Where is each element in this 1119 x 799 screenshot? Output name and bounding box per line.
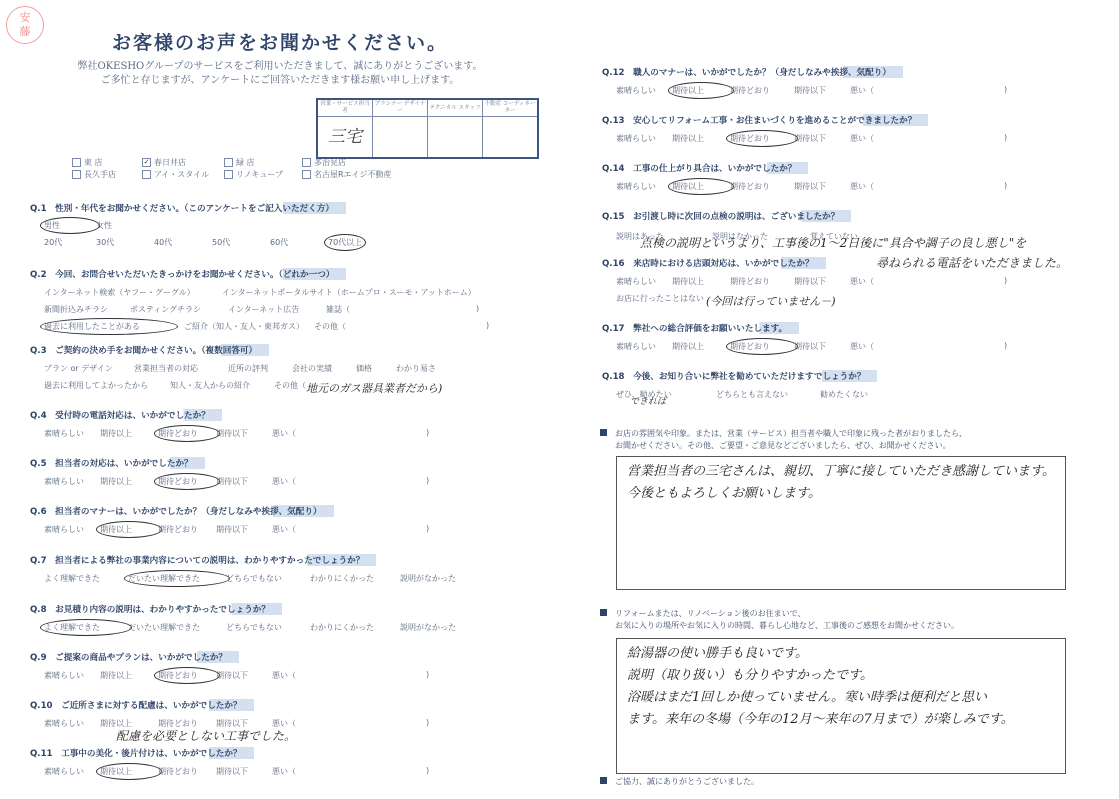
- staff-header-sales: 営業・サービス担当者: [317, 99, 373, 117]
- question-2: Q.2 今回、お問合せいただいたきっかけをお聞かせください。（どれか一つ） イン…: [30, 262, 489, 332]
- option[interactable]: 期待以上: [672, 133, 730, 144]
- checkbox[interactable]: [224, 158, 233, 167]
- question-title: Q.17 弊社への総合評価をお願いいたします。: [602, 322, 799, 334]
- prompt-line: お聞かせください。その他、ご要望・ご意見などございましたら、ぜひ、お聞かせくださ…: [600, 440, 967, 452]
- option[interactable]: 素晴らしい: [616, 181, 672, 192]
- paren: ): [426, 718, 429, 729]
- understand-options: よく理解できた だいたい理解できた どちらでもない わかりにくかった 説明がなか…: [44, 573, 456, 584]
- store-label: 長久手店: [84, 169, 116, 180]
- option[interactable]: 悪い（: [850, 341, 1004, 352]
- option-selected[interactable]: 期待どおり: [158, 428, 216, 439]
- question-title: Q.5 担当者の対応は、いかがでしたか？: [30, 457, 205, 469]
- option[interactable]: 期待以下: [216, 524, 272, 535]
- option[interactable]: 素晴らしい: [44, 476, 100, 487]
- store-label: リノキューブ: [236, 169, 283, 180]
- question-title: Q.3 ご契約の決め手をお聞かせください。（複数回答可）: [30, 344, 269, 356]
- option[interactable]: どちらとも言えない: [716, 389, 820, 400]
- question-title: Q.6 担当者のマナーは、いかがでしたか？（身だしなみや挨拶、気配り）: [30, 505, 334, 517]
- staff-header-technical: テクニカル スタッフ: [428, 99, 483, 117]
- paren: ): [476, 304, 479, 315]
- checkbox[interactable]: [72, 170, 81, 179]
- staff-header-realestate: 不動産 コーディネーター: [483, 99, 539, 117]
- intro-text: 弊社OKESHOグループのサービスをご利用いただきまして、誠にありがとうございま…: [40, 60, 520, 88]
- option[interactable]: 悪い（: [850, 85, 1004, 96]
- option[interactable]: ご紹介（知人・友人・東邦ガス）: [184, 321, 314, 332]
- store-label: 春日井店: [154, 157, 186, 168]
- staff-header-planner: プランナー デザイナー: [373, 99, 428, 117]
- question-title: Q.8 お見積り内容の説明は、わかりやすかったでしょうか？: [30, 603, 282, 615]
- option-selected[interactable]: 期待以上: [672, 181, 730, 192]
- store-label: アイ・スタイル: [154, 169, 209, 180]
- staff-table: 営業・サービス担当者 プランナー デザイナー テクニカル スタッフ 不動産 コー…: [316, 98, 539, 159]
- comments-1-prompt: お店の雰囲気や印象。または、営業（サービス）担当者や職人で印象に残った者がおりま…: [600, 428, 967, 452]
- option[interactable]: 期待以下: [794, 133, 850, 144]
- question-7: Q.7 担当者による弊社の事業内容についての説明は、わかりやすかったでしょうか？…: [30, 548, 456, 584]
- comment-line: 浴暖はまだ1回しか使っていません。寒い時季は便利だと思い: [627, 687, 1055, 709]
- hanko-stamp: 安 藤: [6, 6, 44, 44]
- option[interactable]: 悪い（: [272, 428, 426, 439]
- question-title: Q.13 安心してリフォーム工事・お住まいづくりを進めることができましたか？: [602, 114, 928, 126]
- option[interactable]: 悪い（: [850, 181, 1004, 192]
- option[interactable]: わかり易さ: [396, 363, 436, 374]
- question-title: Q.15 お引渡し時に次回の点検の説明は、ございましたか？: [602, 210, 851, 222]
- prompt-line: リフォームまたは、リノベーション後のお住まいで、: [615, 609, 805, 618]
- option[interactable]: ポスティングチラシ: [130, 304, 228, 315]
- option[interactable]: 素晴らしい: [616, 276, 672, 287]
- handwritten-answer: 地元のガス器具業者だから): [306, 380, 442, 396]
- option[interactable]: 素晴らしい: [616, 85, 672, 96]
- thanks-text: ご協力、誠にありがとうございました。: [615, 777, 759, 786]
- option[interactable]: 知人・友人からの紹介: [170, 380, 274, 396]
- option-selected[interactable]: 期待どおり: [730, 341, 794, 352]
- option-selected[interactable]: 期待以上: [100, 524, 158, 535]
- rating-options: 素晴らしい 期待以上 期待どおり 期待以下 悪い（ ): [44, 670, 429, 681]
- question-title: Q.7 担当者による弊社の事業内容についての説明は、わかりやすかったでしょうか？: [30, 554, 376, 566]
- option[interactable]: 期待以上: [672, 276, 730, 287]
- understand-options: よく理解できた だいたい理解できた どちらでもない わかりにくかった 説明がなか…: [44, 622, 456, 633]
- staff-value-sales[interactable]: 三宅: [317, 117, 373, 159]
- option[interactable]: 期待以下: [794, 181, 850, 192]
- option-age[interactable]: 20代: [44, 237, 96, 248]
- store-checklist: 東 店 ✓春日井店 緑 店 多治見店 長久手店 アイ・スタイル リノキューブ 名…: [72, 156, 422, 180]
- question-13: Q.13 安心してリフォーム工事・お住まいづくりを進めることができましたか？ 素…: [602, 108, 1007, 144]
- option[interactable]: 期待以上: [100, 670, 158, 681]
- store-label: 名古屋Rエイジ不動産: [314, 169, 392, 180]
- gender-options: 男性 女性: [44, 220, 362, 231]
- option[interactable]: 期待どおり: [158, 524, 216, 535]
- option[interactable]: 期待以下: [216, 670, 272, 681]
- comments-1-box[interactable]: 営業担当者の三宅さんは、親切、丁寧に接していただき感謝しています。 今後ともよろ…: [616, 456, 1066, 590]
- option[interactable]: 期待以上: [672, 341, 730, 352]
- option[interactable]: よく理解できた: [44, 573, 128, 584]
- rating-options: 素晴らしい 期待以上 期待どおり 期待以下 悪い（ ): [44, 766, 429, 777]
- option-age[interactable]: 60代: [270, 237, 328, 248]
- store-label: 緑 店: [236, 157, 255, 168]
- option[interactable]: 期待以上: [100, 476, 158, 487]
- option[interactable]: 悪い（: [850, 276, 1004, 287]
- option[interactable]: どちらでもない: [226, 573, 310, 584]
- prompt-line: お店の雰囲気や印象。または、営業（サービス）担当者や職人で印象に残った者がおりま…: [615, 429, 967, 438]
- comment-line: 給湯器の使い勝手も良いです。: [627, 643, 1055, 665]
- question-12: Q.12 職人のマナーは、いかがでしたか？（身だしなみや挨拶、気配り） 素晴らし…: [602, 60, 1007, 96]
- option[interactable]: 期待以下: [794, 276, 850, 287]
- q3-row2: 過去に利用してよかったから 知人・友人からの紹介 その他（ 地元のガス器具業者だ…: [44, 380, 442, 396]
- paren: ): [426, 670, 429, 681]
- rating-options: 素晴らしい 期待以上 期待どおり 期待以下 悪い（ ): [44, 476, 429, 487]
- staff-table-values: 三宅: [317, 117, 538, 159]
- question-14: Q.14 工事の仕上がり具合は、いかがでしたか？ 素晴らしい 期待以上 期待どお…: [602, 156, 1007, 192]
- question-title: Q.10 ご近所さまに対する配慮は、いかがでしたか？: [30, 699, 254, 711]
- store-istyle[interactable]: アイ・スタイル: [142, 168, 224, 180]
- question-title: Q.11 工事中の美化・後片付けは、いかがでしたか？: [30, 747, 254, 759]
- square-bullet-icon: [600, 429, 607, 436]
- option[interactable]: 素晴らしい: [44, 766, 100, 777]
- option-sales-selected[interactable]: 営業担当者の対応: [134, 363, 228, 374]
- option[interactable]: 過去に利用してよかったから: [44, 380, 170, 396]
- option-other[interactable]: その他（: [314, 321, 486, 332]
- option[interactable]: 素晴らしい: [616, 341, 672, 352]
- handwritten-answer: (今回は行っていません－): [706, 293, 836, 309]
- question-title: Q.12 職人のマナーは、いかがでしたか？（身だしなみや挨拶、気配り）: [602, 66, 903, 78]
- q3-row1: プラン or デザイン 営業担当者の対応 近所の評判 会社の実績 価格 わかり易…: [44, 363, 442, 374]
- checkbox[interactable]: [224, 170, 233, 179]
- staff-value-planner[interactable]: [373, 117, 428, 159]
- paren: ): [426, 766, 429, 777]
- question-10: Q.10 ご近所さまに対する配慮は、いかがでしたか？ 素晴らしい 期待以上 期待…: [30, 693, 429, 729]
- footer-thanks: ご協力、誠にありがとうございました。: [600, 776, 759, 788]
- rating-options: 素晴らしい 期待以上 期待どおり 期待以下 悪い（ ): [616, 181, 1007, 192]
- option-age-selected[interactable]: 70代以上: [328, 237, 362, 248]
- square-bullet-icon: [600, 609, 607, 616]
- paren: ): [426, 476, 429, 487]
- q16-extra: お店に行ったことはない (今回は行っていません－): [616, 293, 1007, 309]
- option[interactable]: 会社の実績: [292, 363, 356, 374]
- option-selected[interactable]: 期待以上: [100, 766, 158, 777]
- option-selected[interactable]: 期待どおり: [730, 133, 794, 144]
- option[interactable]: 素晴らしい: [44, 428, 100, 439]
- stamp-char: 安: [7, 11, 43, 25]
- option-other-selected[interactable]: その他（: [274, 380, 306, 396]
- handwritten-q18: できれば: [630, 394, 666, 407]
- question-title: Q.14 工事の仕上がり具合は、いかがでしたか？: [602, 162, 808, 174]
- checkbox[interactable]: ✓: [142, 158, 151, 167]
- handwritten-q15-line1: 点検の説明というより、工事後の1〜2日後に"具合や調子の良し悪し"を: [640, 234, 1026, 251]
- paren: ): [426, 428, 429, 439]
- option[interactable]: 期待以上: [100, 428, 158, 439]
- option[interactable]: 期待以下: [794, 85, 850, 96]
- store-tajimi[interactable]: 多治見店: [302, 156, 380, 168]
- option-magazine[interactable]: 雑誌（: [326, 304, 476, 315]
- option[interactable]: 説明がなかった: [400, 622, 456, 633]
- staff-table-header: 営業・サービス担当者 プランナー デザイナー テクニカル スタッフ 不動産 コー…: [317, 99, 538, 117]
- store-kasugai[interactable]: ✓春日井店: [142, 156, 224, 168]
- stamp-char: 藤: [7, 25, 43, 39]
- paren: ): [426, 524, 429, 535]
- comment-line: 説明（取り扱い）も分りやすかったです。: [627, 665, 1055, 687]
- option[interactable]: インターネット検索（ヤフー・グーグル）: [44, 287, 222, 298]
- rating-options: 素晴らしい 期待以上 期待どおり 期待以下 悪い（ ): [616, 341, 1007, 352]
- store-renocube[interactable]: リノキューブ: [224, 168, 302, 180]
- option-selected[interactable]: よく理解できた: [44, 622, 128, 633]
- option-selected[interactable]: だいたい理解できた: [128, 573, 226, 584]
- option[interactable]: どちらでもない: [226, 622, 310, 633]
- paren: ): [1004, 276, 1007, 287]
- option[interactable]: 説明がなかった: [400, 573, 456, 584]
- option-selected[interactable]: 期待以上: [672, 85, 730, 96]
- intro-line-2: ご多忙と存じますが、アンケートにご回答いただきます様お願い申し上げます。: [40, 74, 520, 88]
- option[interactable]: 素晴らしい: [44, 718, 100, 729]
- paren: ): [1004, 133, 1007, 144]
- option[interactable]: 新聞折込みチラシ: [44, 304, 130, 315]
- q2-row1: インターネット検索（ヤフー・グーグル） インターネットポータルサイト（ホームプロ…: [44, 287, 489, 298]
- option[interactable]: 素晴らしい: [44, 670, 100, 681]
- option-age[interactable]: 40代: [154, 237, 212, 248]
- paren: ): [486, 321, 489, 332]
- option[interactable]: だいたい理解できた: [128, 622, 226, 633]
- store-label: 東 店: [84, 157, 103, 168]
- option-past-use-selected[interactable]: 過去に利用したことがある: [44, 321, 174, 332]
- question-title: Q.9 ご提案の商品やプランは、いかがでしたか？: [30, 651, 239, 663]
- option[interactable]: 期待以下: [216, 428, 272, 439]
- option[interactable]: インターネットポータルサイト（ホームプロ・スーモ・アットホーム）: [222, 287, 476, 298]
- option[interactable]: 期待以下: [216, 476, 272, 487]
- prompt-line: お気に入りの場所やお気に入りの時間、暮らし心地など、工事後のご感想をお聞かせくだ…: [600, 620, 959, 632]
- option[interactable]: 期待以下: [794, 341, 850, 352]
- staff-value-technical[interactable]: [428, 117, 483, 159]
- checkbox[interactable]: [142, 170, 151, 179]
- question-title: Q.1 性別・年代をお聞かせください。（このアンケートをご記入いただく方）: [30, 202, 346, 214]
- staff-value-realestate[interactable]: [483, 117, 539, 159]
- option[interactable]: 期待どおり: [730, 181, 794, 192]
- option[interactable]: 勧めたくない: [820, 389, 868, 400]
- store-midori[interactable]: 緑 店: [224, 156, 302, 168]
- comments-2-box[interactable]: 給湯器の使い勝手も良いです。 説明（取り扱い）も分りやすかったです。 浴暖はまだ…: [616, 638, 1066, 774]
- option[interactable]: 悪い（: [272, 476, 426, 487]
- checkbox[interactable]: [72, 158, 81, 167]
- comment-line: 営業担当者の三宅さんは、親切、丁寧に接していただき感謝しています。: [627, 461, 1055, 483]
- option[interactable]: わかりにくかった: [310, 573, 400, 584]
- page-title: お客様のお声をお聞かせください。: [100, 28, 460, 55]
- option[interactable]: 悪い（: [850, 133, 1004, 144]
- question-title: Q.16 来店時における店頭対応は、いかがでしたか？: [602, 257, 826, 269]
- question-6: Q.6 担当者のマナーは、いかがでしたか？（身だしなみや挨拶、気配り） 素晴らし…: [30, 499, 429, 535]
- option[interactable]: 近所の評判: [228, 363, 292, 374]
- rating-options: 素晴らしい 期待以上 期待どおり 期待以下 悪い（ ): [44, 428, 429, 439]
- option[interactable]: 素晴らしい: [616, 133, 672, 144]
- paren: ): [1004, 341, 1007, 352]
- option[interactable]: 期待どおり: [730, 276, 794, 287]
- option-female[interactable]: 女性: [96, 220, 112, 231]
- question-1: Q.1 性別・年代をお聞かせください。（このアンケートをご記入いただく方） 男性…: [30, 196, 362, 248]
- question-3: Q.3 ご契約の決め手をお聞かせください。（複数回答可） プラン or デザイン…: [30, 338, 442, 396]
- option[interactable]: インターネット広告: [228, 304, 326, 315]
- option[interactable]: 悪い（: [272, 766, 426, 777]
- question-4: Q.4 受付時の電話対応は、いかがでしたか？ 素晴らしい 期待以上 期待どおり …: [30, 403, 429, 439]
- option-selected[interactable]: 期待どおり: [158, 670, 216, 681]
- question-title: Q.18 今後、お知り合いに弊社を勧めていただけますでしょうか？: [602, 370, 877, 382]
- checkbox[interactable]: [302, 170, 311, 179]
- option[interactable]: 期待どおり: [158, 766, 216, 777]
- rating-options: 素晴らしい 期待以上 期待どおり 期待以下 悪い（ ): [44, 524, 429, 535]
- option[interactable]: 悪い（: [272, 524, 426, 535]
- q2-row2: 新聞折込みチラシ ポスティングチラシ インターネット広告 雑誌（ ): [44, 304, 489, 315]
- option-selected[interactable]: 期待どおり: [158, 476, 216, 487]
- paren: ): [1004, 181, 1007, 192]
- checkbox[interactable]: [302, 158, 311, 167]
- comments-2-prompt: リフォームまたは、リノベーション後のお住まいで、 お気に入りの場所やお気に入りの…: [600, 608, 959, 632]
- option[interactable]: プラン or デザイン: [44, 363, 134, 374]
- option[interactable]: わかりにくかった: [310, 622, 400, 633]
- store-nagakute[interactable]: 長久手店: [72, 168, 142, 180]
- comment-line: 今後ともよろしくお願いします。: [627, 483, 1055, 505]
- comment-line: ます。来年の冬場（今年の12月〜来年の7月まで）が楽しみです。: [627, 709, 1055, 731]
- square-bullet-icon: [600, 777, 607, 784]
- paren: ): [1004, 85, 1007, 96]
- rating-options: 素晴らしい 期待以上 期待どおり 期待以下 悪い（ ): [616, 276, 1007, 287]
- option[interactable]: 悪い（: [272, 670, 426, 681]
- option-male[interactable]: 男性: [44, 220, 96, 231]
- option[interactable]: 期待以下: [216, 766, 272, 777]
- question-9: Q.9 ご提案の商品やプランは、いかがでしたか？ 素晴らしい 期待以上 期待どお…: [30, 645, 429, 681]
- option[interactable]: 素晴らしい: [44, 524, 100, 535]
- rating-options: 素晴らしい 期待以上 期待どおり 期待以下 悪い（ ): [616, 133, 1007, 144]
- option-age[interactable]: 50代: [212, 237, 270, 248]
- question-title: Q.4 受付時の電話対応は、いかがでしたか？: [30, 409, 222, 421]
- rating-options: 素晴らしい 期待以上 期待どおり 期待以下 悪い（ ): [616, 85, 1007, 96]
- q2-row3: 過去に利用したことがある ご紹介（知人・友人・東邦ガス） その他（ ): [44, 321, 489, 332]
- age-options: 20代 30代 40代 50代 60代 70代以上: [44, 237, 362, 248]
- store-nagoya-rage[interactable]: 名古屋Rエイジ不動産: [302, 168, 422, 180]
- store-label: 多治見店: [314, 157, 346, 168]
- store-higashi[interactable]: 東 店: [72, 156, 142, 168]
- question-16: Q.16 来店時における店頭対応は、いかがでしたか？ 素晴らしい 期待以上 期待…: [602, 251, 1007, 309]
- option-never-visited[interactable]: お店に行ったことはない: [616, 293, 704, 309]
- option-age[interactable]: 30代: [96, 237, 154, 248]
- option[interactable]: 期待どおり: [730, 85, 794, 96]
- question-title: Q.2 今回、お問合せいただいたきっかけをお聞かせください。（どれか一つ）: [30, 268, 346, 280]
- question-17: Q.17 弊社への総合評価をお願いいたします。 素晴らしい 期待以上 期待どおり…: [602, 316, 1007, 352]
- option[interactable]: 価格: [356, 363, 396, 374]
- intro-line-1: 弊社OKESHOグループのサービスをご利用いただきまして、誠にありがとうございま…: [40, 60, 520, 74]
- question-5: Q.5 担当者の対応は、いかがでしたか？ 素晴らしい 期待以上 期待どおり 期待…: [30, 451, 429, 487]
- question-8: Q.8 お見積り内容の説明は、わかりやすかったでしょうか？ よく理解できた だい…: [30, 597, 456, 633]
- question-11: Q.11 工事中の美化・後片付けは、いかがでしたか？ 素晴らしい 期待以上 期待…: [30, 741, 429, 777]
